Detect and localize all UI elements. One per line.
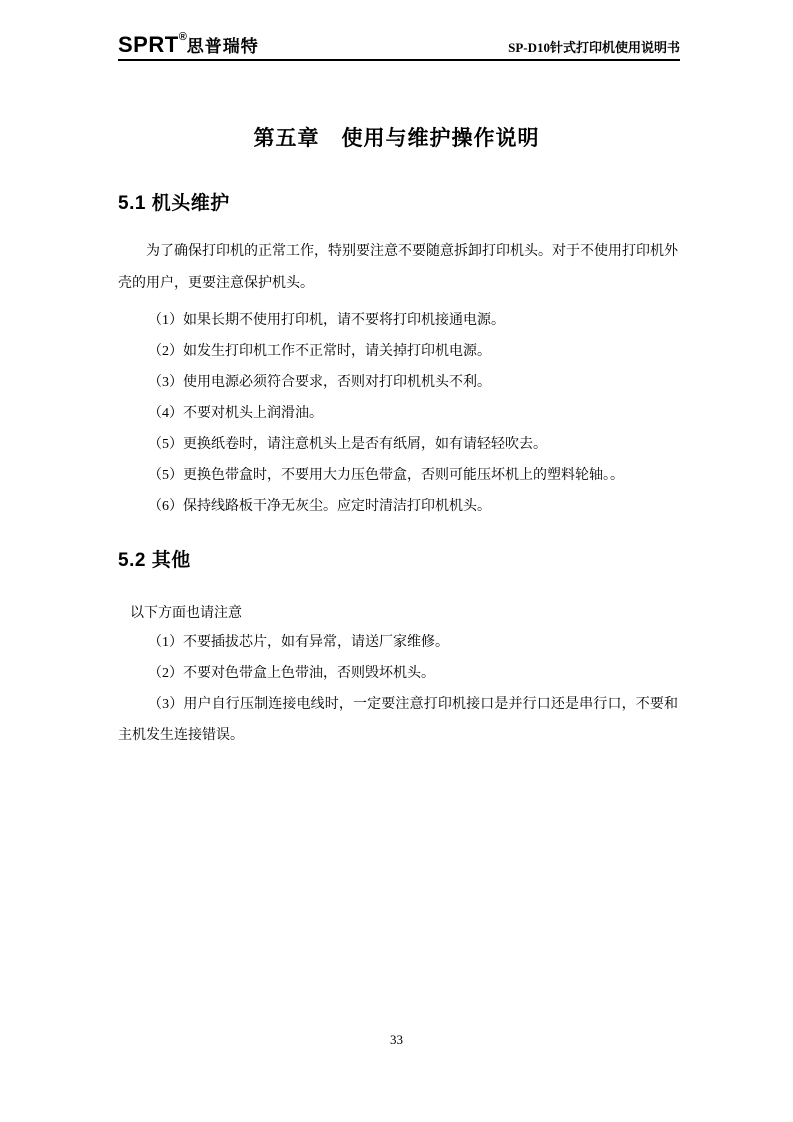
section-5-2-intro: 以下方面也请注意 xyxy=(130,598,678,629)
list-item: （5）更换色带盒时，不要用大力压色带盒，否则可能压坏机上的塑料轮轴。。 xyxy=(118,460,678,491)
chapter-title: 第五章 使用与维护操作说明 xyxy=(0,122,793,152)
section-5-2-item-list: （1）不要插拔芯片，如有异常，请送厂家维修。 （2）不要对色带盒上色带油，否则毁… xyxy=(118,627,678,751)
brand-latin-text: SPRT xyxy=(118,32,179,57)
brand-logo: SPRT®思普瑞特 xyxy=(118,34,259,56)
registered-trademark-icon: ® xyxy=(179,31,187,43)
section-5-1-intro-paragraph: 为了确保打印机的正常工作，特别要注意不要随意拆卸打印机头。对于不使用打印机外壳的… xyxy=(118,236,678,300)
list-item: （6）保持线路板干净无灰尘。应定时清洁打印机机头。 xyxy=(118,491,678,522)
section-5-2-heading: 5.2 其他 xyxy=(118,545,191,572)
list-item: （2）如发生打印机工作不正常时，请关掉打印机电源。 xyxy=(118,336,678,367)
document-title: SP-D10针式打印机使用说明书 xyxy=(508,41,680,56)
brand-chinese-text: 思普瑞特 xyxy=(187,37,259,56)
section-5-1-item-list: （1）如果长期不使用打印机，请不要将打印机接通电源。 （2）如发生打印机工作不正… xyxy=(118,305,678,522)
list-item: （3）用户自行压制连接电线时，一定要注意打印机接口是并行口还是串行口，不要和主机… xyxy=(118,689,678,751)
list-item: （3）使用电源必须符合要求，否则对打印机机头不利。 xyxy=(118,367,678,398)
list-item: （2）不要对色带盒上色带油，否则毁坏机头。 xyxy=(118,658,678,689)
section-5-1-heading: 5.1 机头维护 xyxy=(118,188,230,215)
list-item: （4）不要对机头上润滑油。 xyxy=(118,398,678,429)
page-header: SPRT®思普瑞特 SP-D10针式打印机使用说明书 xyxy=(118,34,680,61)
list-item: （1）不要插拔芯片，如有异常，请送厂家维修。 xyxy=(118,627,678,658)
page-number: 33 xyxy=(0,1032,793,1048)
manual-page: SPRT®思普瑞特 SP-D10针式打印机使用说明书 第五章 使用与维护操作说明… xyxy=(0,0,793,1122)
list-item: （5）更换纸卷时，请注意机头上是否有纸屑，如有请轻轻吹去。 xyxy=(118,429,678,460)
list-item: （1）如果长期不使用打印机，请不要将打印机接通电源。 xyxy=(118,305,678,336)
